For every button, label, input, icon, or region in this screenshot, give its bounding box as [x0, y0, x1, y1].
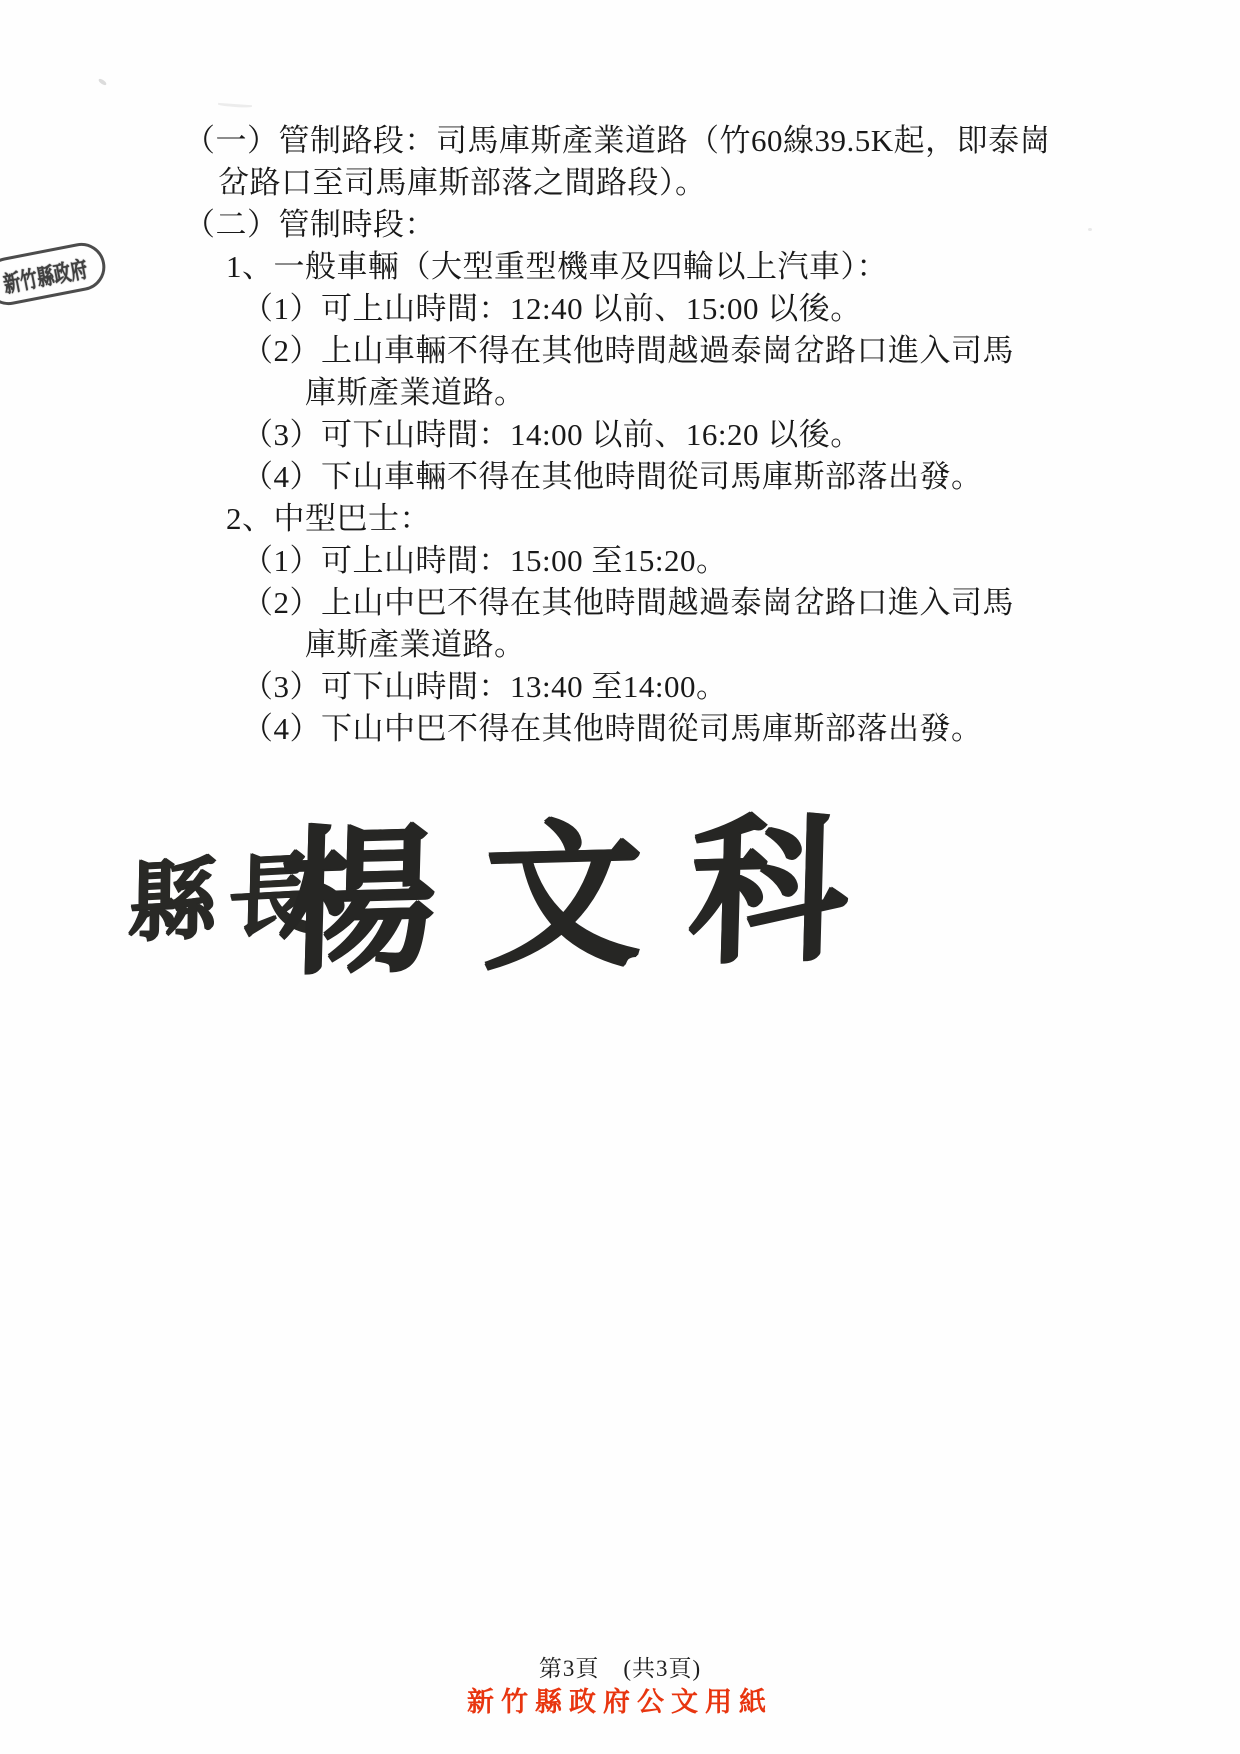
magistrate-signature: 楊 文 科 [275, 762, 854, 1004]
regulation-line: 庫斯產業道路。 [305, 624, 1240, 666]
regulation-line: 庫斯產業道路。 [305, 372, 1240, 414]
regulation-line: （4）下山中巴不得在其他時間從司馬庫斯部落出發。 [242, 708, 1240, 750]
regulation-line: （4）下山車輛不得在其他時間從司馬庫斯部落出發。 [242, 456, 1240, 498]
regulation-line: （一）管制路段：司馬庫斯產業道路（竹60線39.5K起，即泰崗 [184, 120, 1240, 162]
regulation-line: 2、中型巴士： [226, 498, 1240, 540]
regulation-text-block: （一）管制路段：司馬庫斯產業道路（竹60線39.5K起，即泰崗 岔路口至司馬庫斯… [0, 120, 1240, 750]
regulation-line: （2）上山中巴不得在其他時間越過泰崗岔路口進入司馬 [242, 582, 1240, 624]
regulation-line: （1）可上山時間：12:40 以前、15:00 以後。 [242, 288, 1240, 330]
official-paper-title: 新竹縣政府公文用紙 [0, 1680, 1240, 1719]
page-number: 第3頁 (共3頁) [0, 1650, 1240, 1683]
scan-speck [218, 103, 252, 108]
regulation-line: 1、一般車輛（大型重型機車及四輪以上汽車）： [226, 246, 1240, 288]
regulation-line: （3）可下山時間：13:40 至14:00。 [242, 666, 1240, 708]
regulation-line: （3）可下山時間：14:00 以前、16:20 以後。 [242, 414, 1240, 456]
regulation-line: （1）可上山時間：15:00 至15:20。 [242, 540, 1240, 582]
magistrate-title: 縣長 [127, 823, 329, 960]
regulation-line: （2）上山車輛不得在其他時間越過泰崗岔路口進入司馬 [242, 330, 1240, 372]
regulation-line: 岔路口至司馬庫斯部落之間路段）。 [218, 162, 1240, 204]
regulation-line: （二）管制時段： [184, 204, 1240, 246]
scan-speck [98, 78, 108, 86]
document-page: 新竹縣政府 （一）管制路段：司馬庫斯產業道路（竹60線39.5K起，即泰崗 岔路… [0, 0, 1240, 1754]
